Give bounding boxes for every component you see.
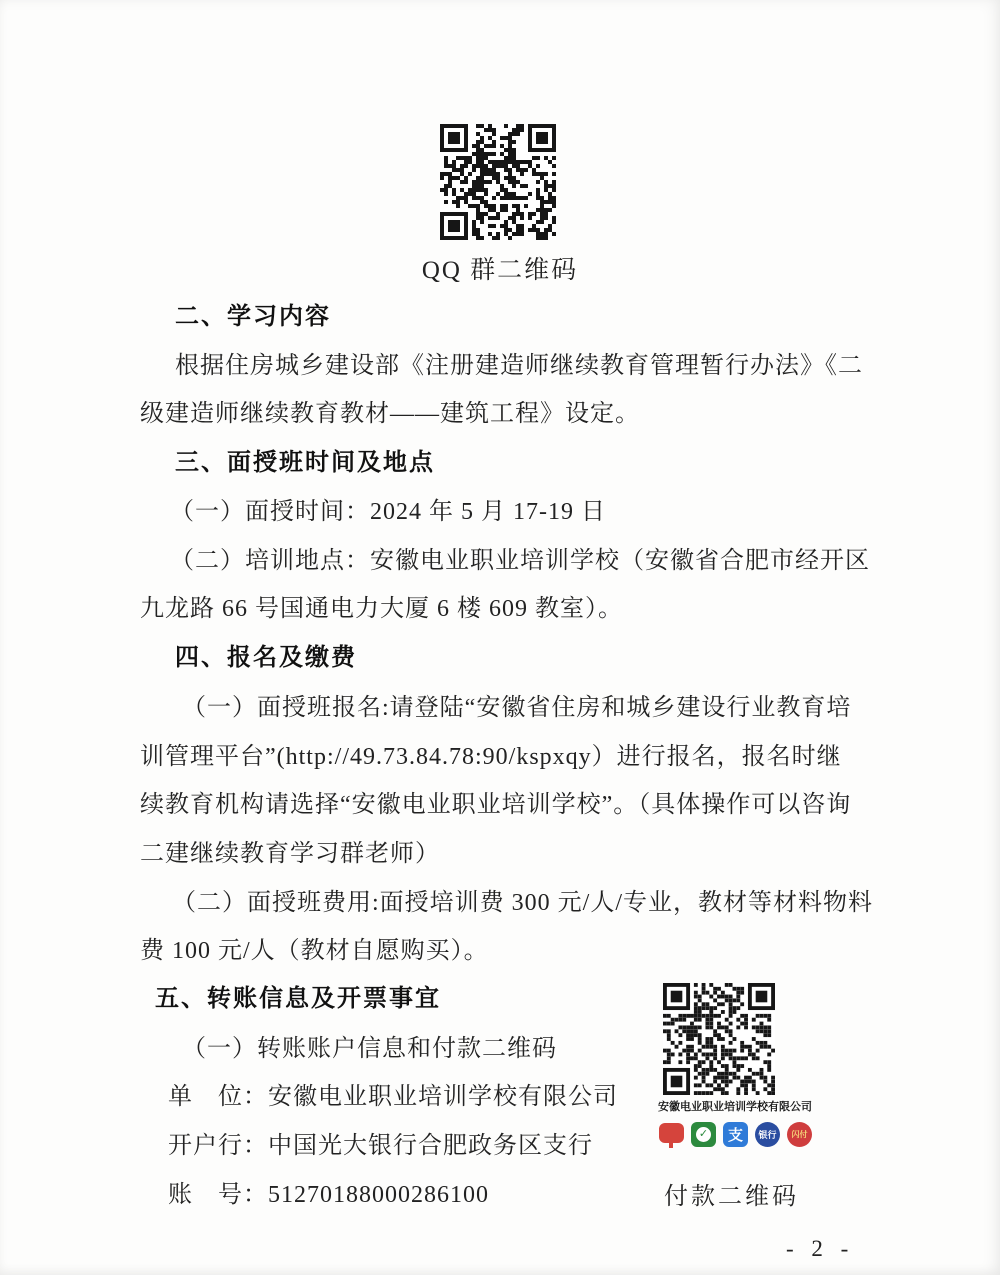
qq-group-qr-caption: QQ 群二维码 [0, 250, 1000, 286]
payment-qr-code [663, 983, 775, 1095]
qq-group-qr-block [440, 124, 556, 240]
body-line: 根据住房城乡建设部《注册建造师继续教育管理暂行办法》《二 [175, 351, 880, 383]
body-line: （二）面授班费用:面授培训费 300 元/人/专业，教材等材料物料 [172, 888, 880, 920]
body-line: 费 100 元/人（教材自愿购买）。 [140, 936, 880, 968]
body-line: （一）面授班报名:请登陆“安徽省住房和城乡建设行业教育培 [182, 693, 880, 725]
qq-group-qr-code [440, 124, 556, 240]
payment-qr-block: 安徽电业职业培训学校有限公司 ✓ 支 银行 闪付 [658, 983, 818, 1147]
body-line: （二）培训地点：安徽电业职业培训学校（安徽省合肥市经开区 [170, 546, 880, 578]
body-line: 二建继续教育学习群老师） [140, 839, 880, 871]
bank-card-icon: 银行 [755, 1122, 780, 1147]
body-line: 级建造师继续教育教材——建筑工程》设定。 [140, 399, 880, 431]
payment-qr-caption: 付款二维码 [664, 1176, 799, 1211]
payment-qr-company: 安徽电业职业培训学校有限公司 [658, 1098, 798, 1114]
page-number: - 2 - [786, 1236, 854, 1262]
section-heading-3: 三、面授班时间及地点 [175, 448, 880, 480]
document-page: QQ 群二维码 二、学习内容 根据住房城乡建设部《注册建造师继续教育管理暂行办法… [0, 0, 1000, 1275]
red-sign-pay-icon [659, 1123, 684, 1143]
body-line: 续教育机构请选择“安徽电业职业培训学校”。（具体操作可以咨询 [140, 790, 880, 822]
alipay-icon: 支 [723, 1122, 748, 1147]
section-heading-2: 二、学习内容 [175, 302, 880, 334]
body-line: 九龙路 66 号国通电力大厦 6 楼 609 教室）。 [140, 594, 880, 626]
quickpass-icon: 闪付 [787, 1122, 812, 1147]
body-line: 训管理平台”(http://49.73.84.78:90/kspxqy）进行报名… [140, 742, 880, 774]
wechat-pay-icon: ✓ [691, 1122, 716, 1147]
section-heading-4: 四、报名及缴费 [175, 643, 880, 675]
payment-method-icons: ✓ 支 银行 闪付 [659, 1122, 818, 1147]
body-line: （一）面授时间：2024 年 5 月 17-19 日 [170, 497, 880, 529]
